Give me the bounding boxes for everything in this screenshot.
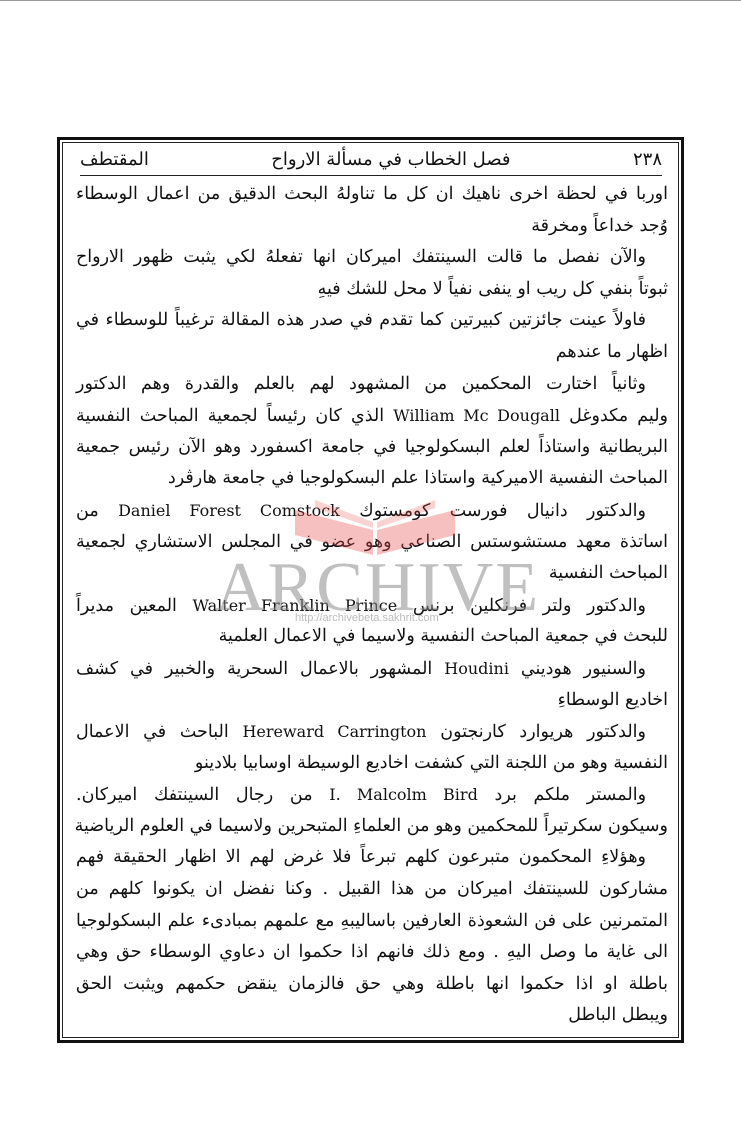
line-text: وليم مكدوغل — [569, 406, 668, 426]
text-line: اساتذة معهد مستشوستس الصناعي وهو عضو في … — [76, 527, 668, 559]
text-line: وسيكون سكرتيراً للمحكمين وهو من العلماءِ… — [76, 811, 668, 843]
line-text: من رجال السينتفك اميركان. — [76, 785, 313, 805]
line-text: من — [76, 501, 99, 521]
latin-name: Walter Franklin Prince — [193, 596, 398, 615]
text-line: مشاركون للسينتفك اميركان من هذا القبيل .… — [76, 874, 668, 906]
text-line: الى غاية ما وصل اليهِ . ومع ذلك فانهم اذ… — [76, 937, 668, 969]
article-body: اوربا في لحظة اخرى ناهيك ان كل ما تناوله… — [76, 179, 668, 1032]
text-line: والدكتور دانيال فورست كومستوك Daniel For… — [76, 495, 668, 527]
article-title: فصل الخطاب في مسألة الارواح — [271, 149, 510, 170]
latin-name: Daniel Forest Comstock — [118, 501, 340, 520]
text-line: والدكتور ولتر فرنكلين برنس Walter Frankl… — [76, 590, 668, 622]
text-line: اظهار ما عندهم — [76, 337, 668, 369]
line-text: والدكتور دانيال فورست كومستوك — [359, 501, 646, 521]
page-content: ٢٣٨ فصل الخطاب في مسألة الارواح المقتطف … — [68, 143, 674, 1035]
line-text: الذي كان رئيساً لجمعية المباحث النفسية — [76, 406, 384, 426]
journal-name: المقتطف — [80, 149, 149, 170]
line-text: المشهور بالاعمال السحرية والخبير في كشف — [76, 659, 432, 679]
latin-name: William Mc Dougall — [393, 406, 560, 425]
text-line: للبحث في جمعية المباحث النفسية ولاسيما ف… — [76, 621, 668, 653]
line-text: المعين مديراً — [76, 596, 177, 616]
text-line: وهؤلاءِ المحكمون متبرعون كلهم تبرعاً فلا… — [76, 842, 668, 874]
text-line: ثبوتاً بنفي كل ريب او ينفى نفياً لا محل … — [76, 274, 668, 306]
running-header: ٢٣٨ فصل الخطاب في مسألة الارواح المقتطف — [80, 143, 662, 176]
line-text: والمستر ملكم برد — [495, 785, 647, 805]
text-line: البريطانية واستاذاً لعلم البسكولوجيا في … — [76, 432, 668, 464]
text-line: المباحث النفسية الاميركية واستاذا علم ال… — [76, 463, 668, 495]
text-line: والآن نفصل ما قالت السينتفك اميركان انها… — [76, 242, 668, 274]
text-line: والسنيور هوديني Houdini المشهور بالاعمال… — [76, 653, 668, 685]
line-text: الباحث في الاعمال — [76, 722, 229, 742]
latin-name: Hereward Carrington — [242, 722, 426, 741]
text-line: المباحث النفسية — [76, 558, 668, 590]
text-line: اخاديع الوسطاءِ — [76, 685, 668, 717]
text-line: اوربا في لحظة اخرى ناهيك ان كل ما تناوله… — [76, 179, 668, 211]
text-line: باطلة او اذا حكموا انها باطلة وهي حق فال… — [76, 969, 668, 1001]
latin-name: I. Malcolm Bird — [329, 785, 478, 804]
text-line: ويبطل الباطل — [76, 1000, 668, 1032]
line-text: والسنيور هوديني — [521, 659, 646, 679]
line-text: والدكتور ولتر فرنكلين برنس — [413, 596, 646, 616]
text-line: المتمرنين على فن الشعوذة العارفين باسالي… — [76, 906, 668, 938]
text-line: والدكتور هريوارد كارنجتون Hereward Carri… — [76, 716, 668, 748]
latin-name: Houdini — [444, 659, 509, 678]
text-line: وليم مكدوغل William Mc Dougall الذي كان … — [76, 400, 668, 432]
text-line: وُجد خداعاً ومخرقة — [76, 211, 668, 243]
page-number: ٢٣٨ — [633, 149, 662, 170]
line-text: والدكتور هريوارد كارنجتون — [440, 722, 646, 742]
text-line: والمستر ملكم برد I. Malcolm Bird من رجال… — [76, 779, 668, 811]
text-line: فاولاً عينت جائزتين كبيرتين كما تقدم في … — [76, 305, 668, 337]
text-line: وثانياً اختارت المحكمين من المشهود لهم ب… — [76, 369, 668, 401]
text-line: النفسية وهو من اللجنة التي كشفت اخاديع ا… — [76, 748, 668, 780]
